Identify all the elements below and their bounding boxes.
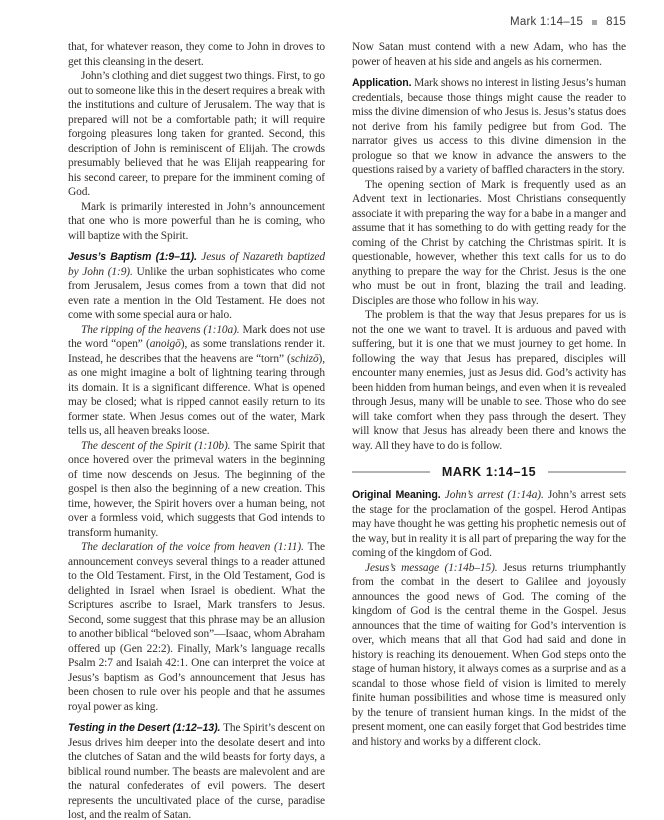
text-run: Now Satan must contend with a new Adam, …: [352, 41, 626, 68]
text-run: Original Meaning.: [352, 489, 445, 501]
paragraph: Jesus’s message (1:14b–15). Jesus return…: [352, 561, 626, 750]
text-run: The same Spirit that once hovered over t…: [68, 440, 325, 539]
text-run: that, for whatever reason, they come to …: [68, 41, 325, 68]
running-head-text: Mark 1:14–15: [510, 16, 583, 28]
paragraph: Jesus’s Baptism (1:9–11). Jesus of Nazar…: [68, 250, 325, 323]
text-run: schizō: [291, 353, 319, 365]
running-header: Mark 1:14–15 815: [68, 16, 626, 28]
text-run: The ripping of the heavens (1:10a).: [81, 324, 242, 336]
text-run: Jesus’s message (1:14b–15).: [365, 562, 503, 574]
square-bullet-icon: [592, 20, 597, 25]
text-run: Jesus’s Baptism (1:9–11).: [68, 251, 201, 263]
paragraph: John’s clothing and diet suggest two thi…: [68, 69, 325, 200]
section-heading: MARK 1:14–15: [352, 465, 626, 479]
text-run: The descent of the Spirit (1:10b).: [81, 440, 234, 452]
paragraph: The problem is that the way that Jesus p…: [352, 308, 626, 453]
section-heading-text: MARK 1:14–15: [442, 465, 536, 479]
paragraph: that, for whatever reason, they come to …: [68, 40, 325, 69]
text-run: John’s clothing and diet suggest two thi…: [68, 70, 325, 198]
text-run: ), as one might imagine a bolt of lightn…: [68, 353, 325, 438]
text-run: The announcement conveys several things …: [68, 541, 325, 713]
text-run: Mark is primarily interested in John’s a…: [68, 201, 325, 242]
text-run: anoigō: [150, 338, 181, 350]
paragraph: Mark is primarily interested in John’s a…: [68, 200, 325, 244]
page-number: 815: [606, 16, 626, 28]
paragraph: The opening section of Mark is frequentl…: [352, 178, 626, 309]
text-run: John’s arrest (1:14a).: [445, 489, 548, 501]
text-run: Jesus returns triumphantly from the comb…: [352, 562, 626, 748]
text-run: The Spirit’s descent on Jesus drives him…: [68, 722, 325, 820]
heading-rule: [352, 471, 430, 473]
paragraph: Testing in the Desert (1:12–13). The Spi…: [68, 721, 325, 820]
text-run: The problem is that the way that Jesus p…: [352, 309, 626, 452]
text-run: The opening section of Mark is frequentl…: [352, 179, 626, 307]
paragraph: The descent of the Spirit (1:10b). The s…: [68, 439, 325, 541]
right-column: Now Satan must contend with a new Adam, …: [352, 40, 626, 820]
left-column: that, for whatever reason, they come to …: [68, 40, 325, 820]
text-run: The declaration of the voice from heaven…: [81, 541, 308, 553]
paragraph: Application. Mark shows no interest in l…: [352, 76, 626, 178]
text-run: Testing in the Desert (1:12–13).: [68, 722, 223, 734]
paragraph: Now Satan must contend with a new Adam, …: [352, 40, 626, 69]
heading-rule: [548, 471, 626, 473]
paragraph: The declaration of the voice from heaven…: [68, 540, 325, 714]
paragraph: The ripping of the heavens (1:10a). Mark…: [68, 323, 325, 439]
paragraph: Original Meaning. John’s arrest (1:14a).…: [352, 488, 626, 561]
text-run: Application.: [352, 77, 414, 89]
book-page: Mark 1:14–15 815 that, for whatever reas…: [0, 0, 664, 820]
text-run: Mark shows no interest in listing Jesus’…: [352, 77, 626, 176]
two-column-body: that, for whatever reason, they come to …: [68, 40, 626, 820]
